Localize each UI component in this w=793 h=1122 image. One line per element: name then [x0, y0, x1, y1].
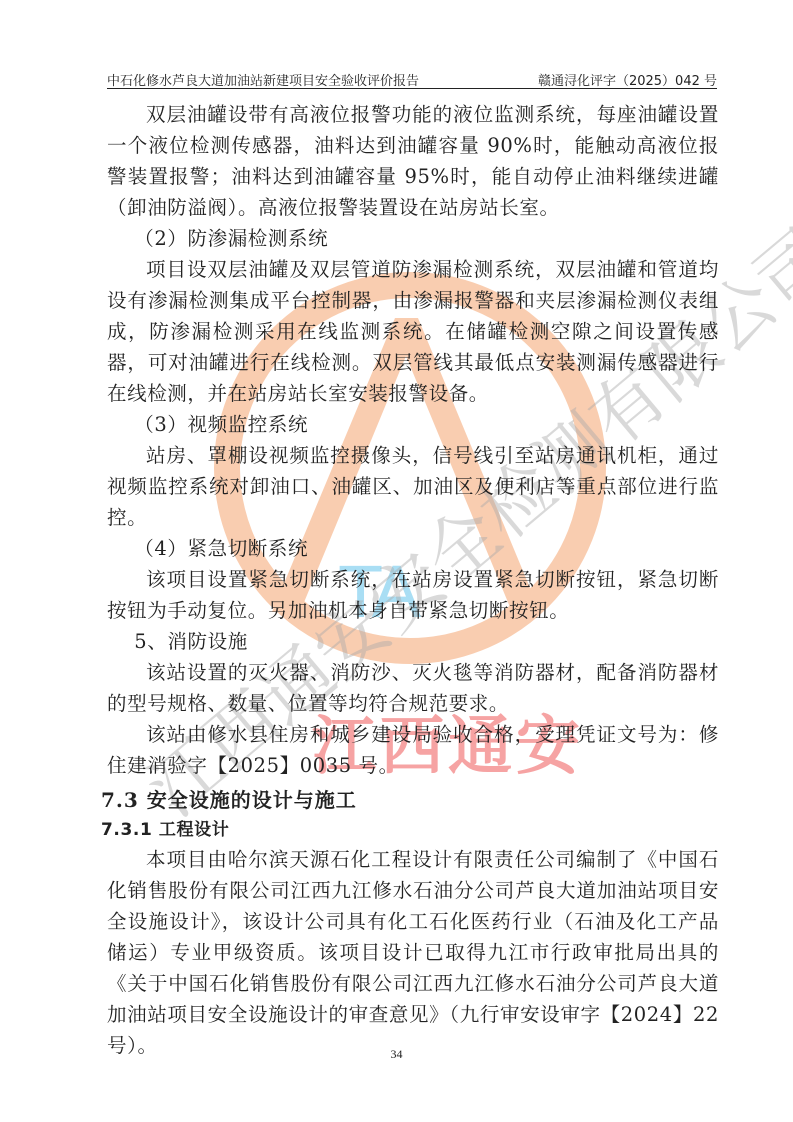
body-text: 双层油罐设带有高液位报警功能的液位监测系统，每座油罐设置一个液位检测传感器，油料…	[107, 99, 719, 1061]
paragraph-engineering-design: 本项目由哈尔滨天源石化工程设计有限责任公司编制了《中国石化销售股份有限公司江西九…	[107, 844, 719, 1061]
paragraph-fire-acceptance: 该站由修水县住房和城乡建设局验收合格，受理凭证文号为：修住建消验字【2025】0…	[107, 719, 719, 781]
subheading-emergency-shutdown: （4）紧急切断系统	[107, 533, 719, 564]
header-title: 中石化修水芦良大道加油站新建项目安全验收评价报告	[107, 70, 419, 89]
paragraph-video-monitoring: 站房、罩棚设视频监控摄像头，信号线引至站房通讯机柜，通过视频监控系统对卸油口、油…	[107, 440, 719, 533]
paragraph-fire-equipment: 该站设置的灭火器、消防沙、灭火毯等消防器材，配备消防器材的型号规格、数量、位置等…	[107, 657, 719, 719]
page-number: 34	[0, 1047, 793, 1062]
header-report-number: 赣通浔化评字（2025）042 号	[538, 70, 717, 89]
subheading-leak-detection: （2）防渗漏检测系统	[107, 223, 719, 254]
subheading-video-monitoring: （3）视频监控系统	[107, 409, 719, 440]
subheading-fire-facilities: 5、消防设施	[107, 626, 719, 657]
page-header: 中石化修水芦良大道加油站新建项目安全验收评价报告 赣通浔化评字（2025）042…	[107, 68, 717, 89]
subsection-heading: 7.3.1 工程设计	[101, 816, 719, 844]
paragraph-emergency-shutdown: 该项目设置紧急切断系统，在站房设置紧急切断按钮，紧急切断按钮为手动复位。另加油机…	[107, 564, 719, 626]
paragraph-level-alarm: 双层油罐设带有高液位报警功能的液位监测系统，每座油罐设置一个液位检测传感器，油料…	[107, 99, 719, 223]
section-heading: 7.3 安全设施的设计与施工	[101, 784, 719, 816]
document-page: TA 江西通安 江西通安安全检测有限公司 中石化修水芦良大道加油站新建项目安全验…	[0, 0, 793, 1122]
paragraph-leak-detection: 项目设双层油罐及双层管道防渗漏检测系统，双层油罐和管道均设有渗漏检测集成平台控制…	[107, 254, 719, 409]
page-content: 中石化修水芦良大道加油站新建项目安全验收评价报告 赣通浔化评字（2025）042…	[0, 0, 793, 1122]
